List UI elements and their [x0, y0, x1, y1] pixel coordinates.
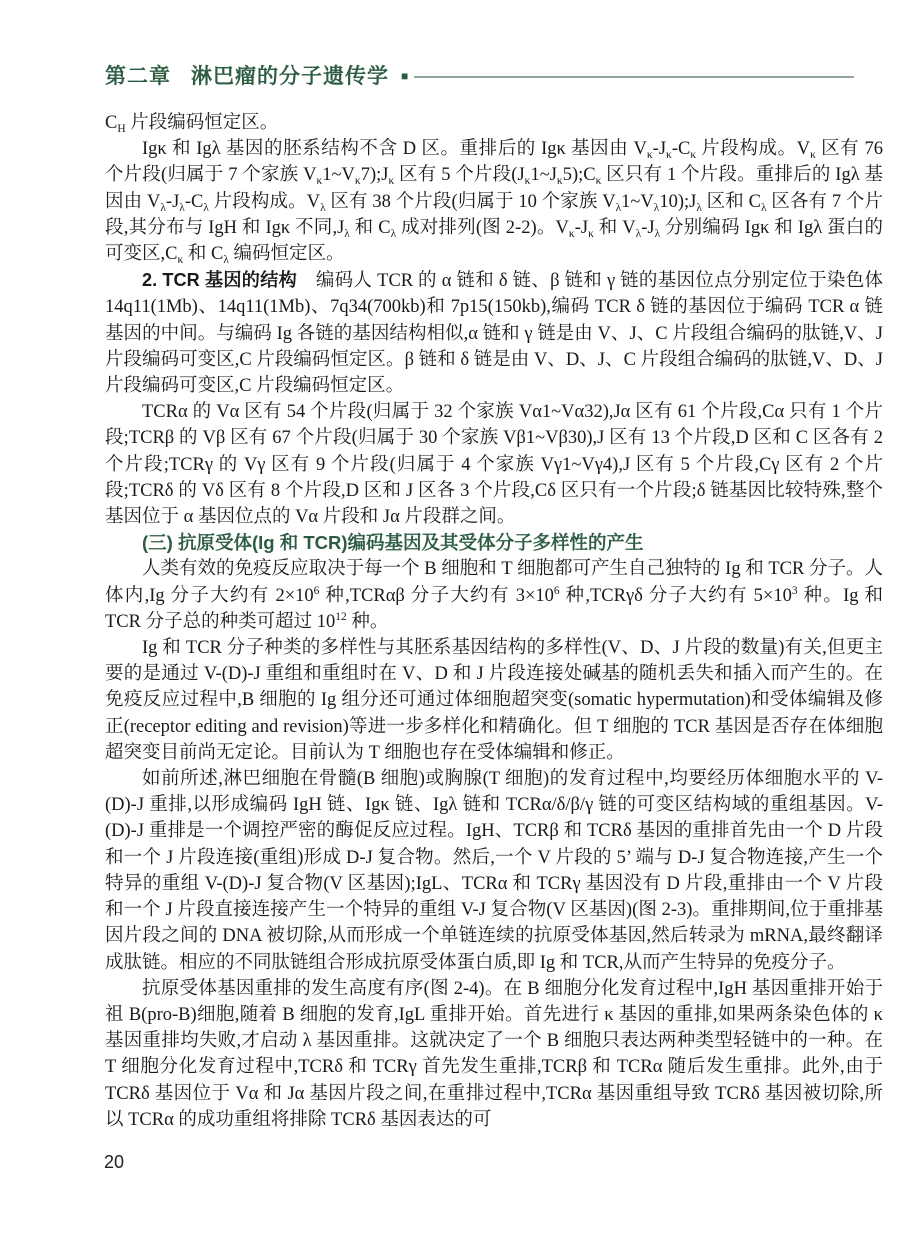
chapter-title: 淋巴瘤的分子遗传学: [191, 60, 389, 90]
textbook-page: 第二章 淋巴瘤的分子遗传学 ■ CH 片段编码恒定区。Igκ 和 Igλ 基因的…: [0, 0, 900, 1234]
header-rule: [414, 76, 854, 78]
body-paragraph: 人类有效的免疫反应取决于每一个 B 细胞和 T 细胞都可产生自己独特的 Ig 和…: [105, 556, 883, 635]
page-footer: 20: [104, 1152, 124, 1173]
runin-heading: 2. TCR 基因的结构: [142, 270, 297, 290]
section-heading: (三) 抗原受体(Ig 和 TCR)编码基因及其受体分子多样性的产生: [105, 530, 883, 556]
body-paragraph: Igκ 和 Igλ 基因的胚系结构不含 D 区。重排后的 Igκ 基因由 Vκ-…: [105, 136, 883, 267]
body-paragraph: TCRα 的 Vα 区有 54 个片段(归属于 32 个家族 Vα1~Vα32)…: [105, 399, 883, 530]
square-marker-icon: ■: [401, 70, 408, 82]
body-paragraph: 如前所述,淋巴细胞在骨髓(B 细胞)或胸腺(T 细胞)的发育过程中,均要经历体细…: [105, 766, 883, 976]
body-paragraph: Ig 和 TCR 分子种类的多样性与其胚系基因结构的多样性(V、D、J 片段的数…: [105, 635, 883, 766]
page-number: 20: [104, 1152, 124, 1172]
chapter-number: 第二章: [105, 60, 171, 90]
body-paragraph: 2. TCR 基因的结构 编码人 TCR 的 α 链和 δ 链、β 链和 γ 链…: [105, 267, 883, 399]
chapter-running-head: 第二章 淋巴瘤的分子遗传学 ■: [105, 60, 854, 90]
body-paragraph: CH 片段编码恒定区。: [105, 110, 883, 136]
body-paragraph: 抗原受体基因重排的发生高度有序(图 2-4)。在 B 细胞分化发育过程中,IgH…: [105, 976, 883, 1133]
page-body: CH 片段编码恒定区。Igκ 和 Igλ 基因的胚系结构不含 D 区。重排后的 …: [105, 110, 883, 1133]
